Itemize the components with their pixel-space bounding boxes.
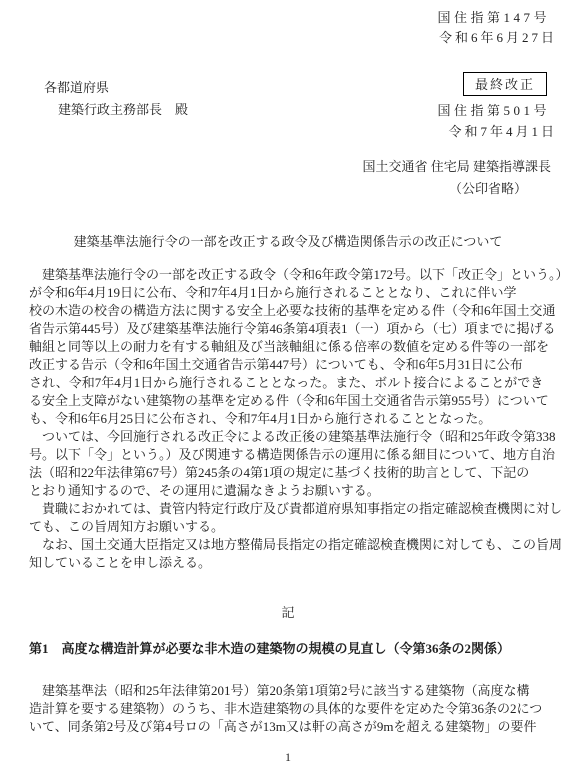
- body-paragraph-3: 貴職におかれては、貴管内特定行政庁及び貴都道府県知事指定の指定確認検査機関に対し…: [29, 500, 549, 536]
- document-body: 建築基準法施行令の一部を改正する政令（令和6年政令第172号。以下「改正令」とい…: [29, 266, 549, 572]
- final-revision-box: 最終改正: [463, 72, 547, 96]
- section1-heading: 第1 高度な構造計算が必要な非木造の建築物の規模の見直し（令第36条の2関係）: [29, 638, 569, 657]
- document-title: 建築基準法施行令の一部を改正する政令及び構造関係告示の改正について: [0, 231, 576, 250]
- record-marker: 記: [0, 604, 576, 622]
- body-paragraph-4: なお、国土交通大臣指定又は地方整備局長指定の指定確認検査機関に対しても、この旨周…: [29, 536, 549, 572]
- document-page: 国住指第147号 令和6年6月27日 各都道府県 建築行政主務部長 殿 最終改正…: [0, 0, 576, 780]
- page-number: 1: [0, 750, 576, 765]
- sender: 国土交通省 住宅局 建築指導課長 （公印省略）: [362, 156, 551, 200]
- final-revision-label: 最終改正: [475, 77, 535, 92]
- body-paragraph-1: 建築基準法施行令の一部を改正する政令（令和6年政令第172号。以下「改正令」とい…: [29, 266, 549, 428]
- final-revision-date: 令和7年4月1日: [448, 121, 557, 140]
- addressee-director: 建築行政主務部長 殿: [44, 99, 188, 121]
- issue-date: 令和6年6月27日: [439, 27, 557, 46]
- sender-name: 国土交通省 住宅局 建築指導課長: [362, 156, 551, 178]
- section1-paragraph: 建築基準法（昭和25年法律第201号）第20条第1項第2号に該当する建築物（高度…: [29, 682, 549, 736]
- addressee: 各都道府県 建築行政主務部長 殿: [44, 77, 188, 121]
- addressee-prefectures: 各都道府県: [44, 77, 188, 99]
- ref-number: 国住指第147号: [437, 7, 550, 26]
- sender-seal-note: （公印省略）: [362, 178, 551, 200]
- final-revision-ref-number: 国住指第501号: [437, 100, 550, 119]
- body-paragraph-2: ついては、今回施行される改正令による改正後の建築基準法施行令（昭和25年政令第3…: [29, 428, 549, 500]
